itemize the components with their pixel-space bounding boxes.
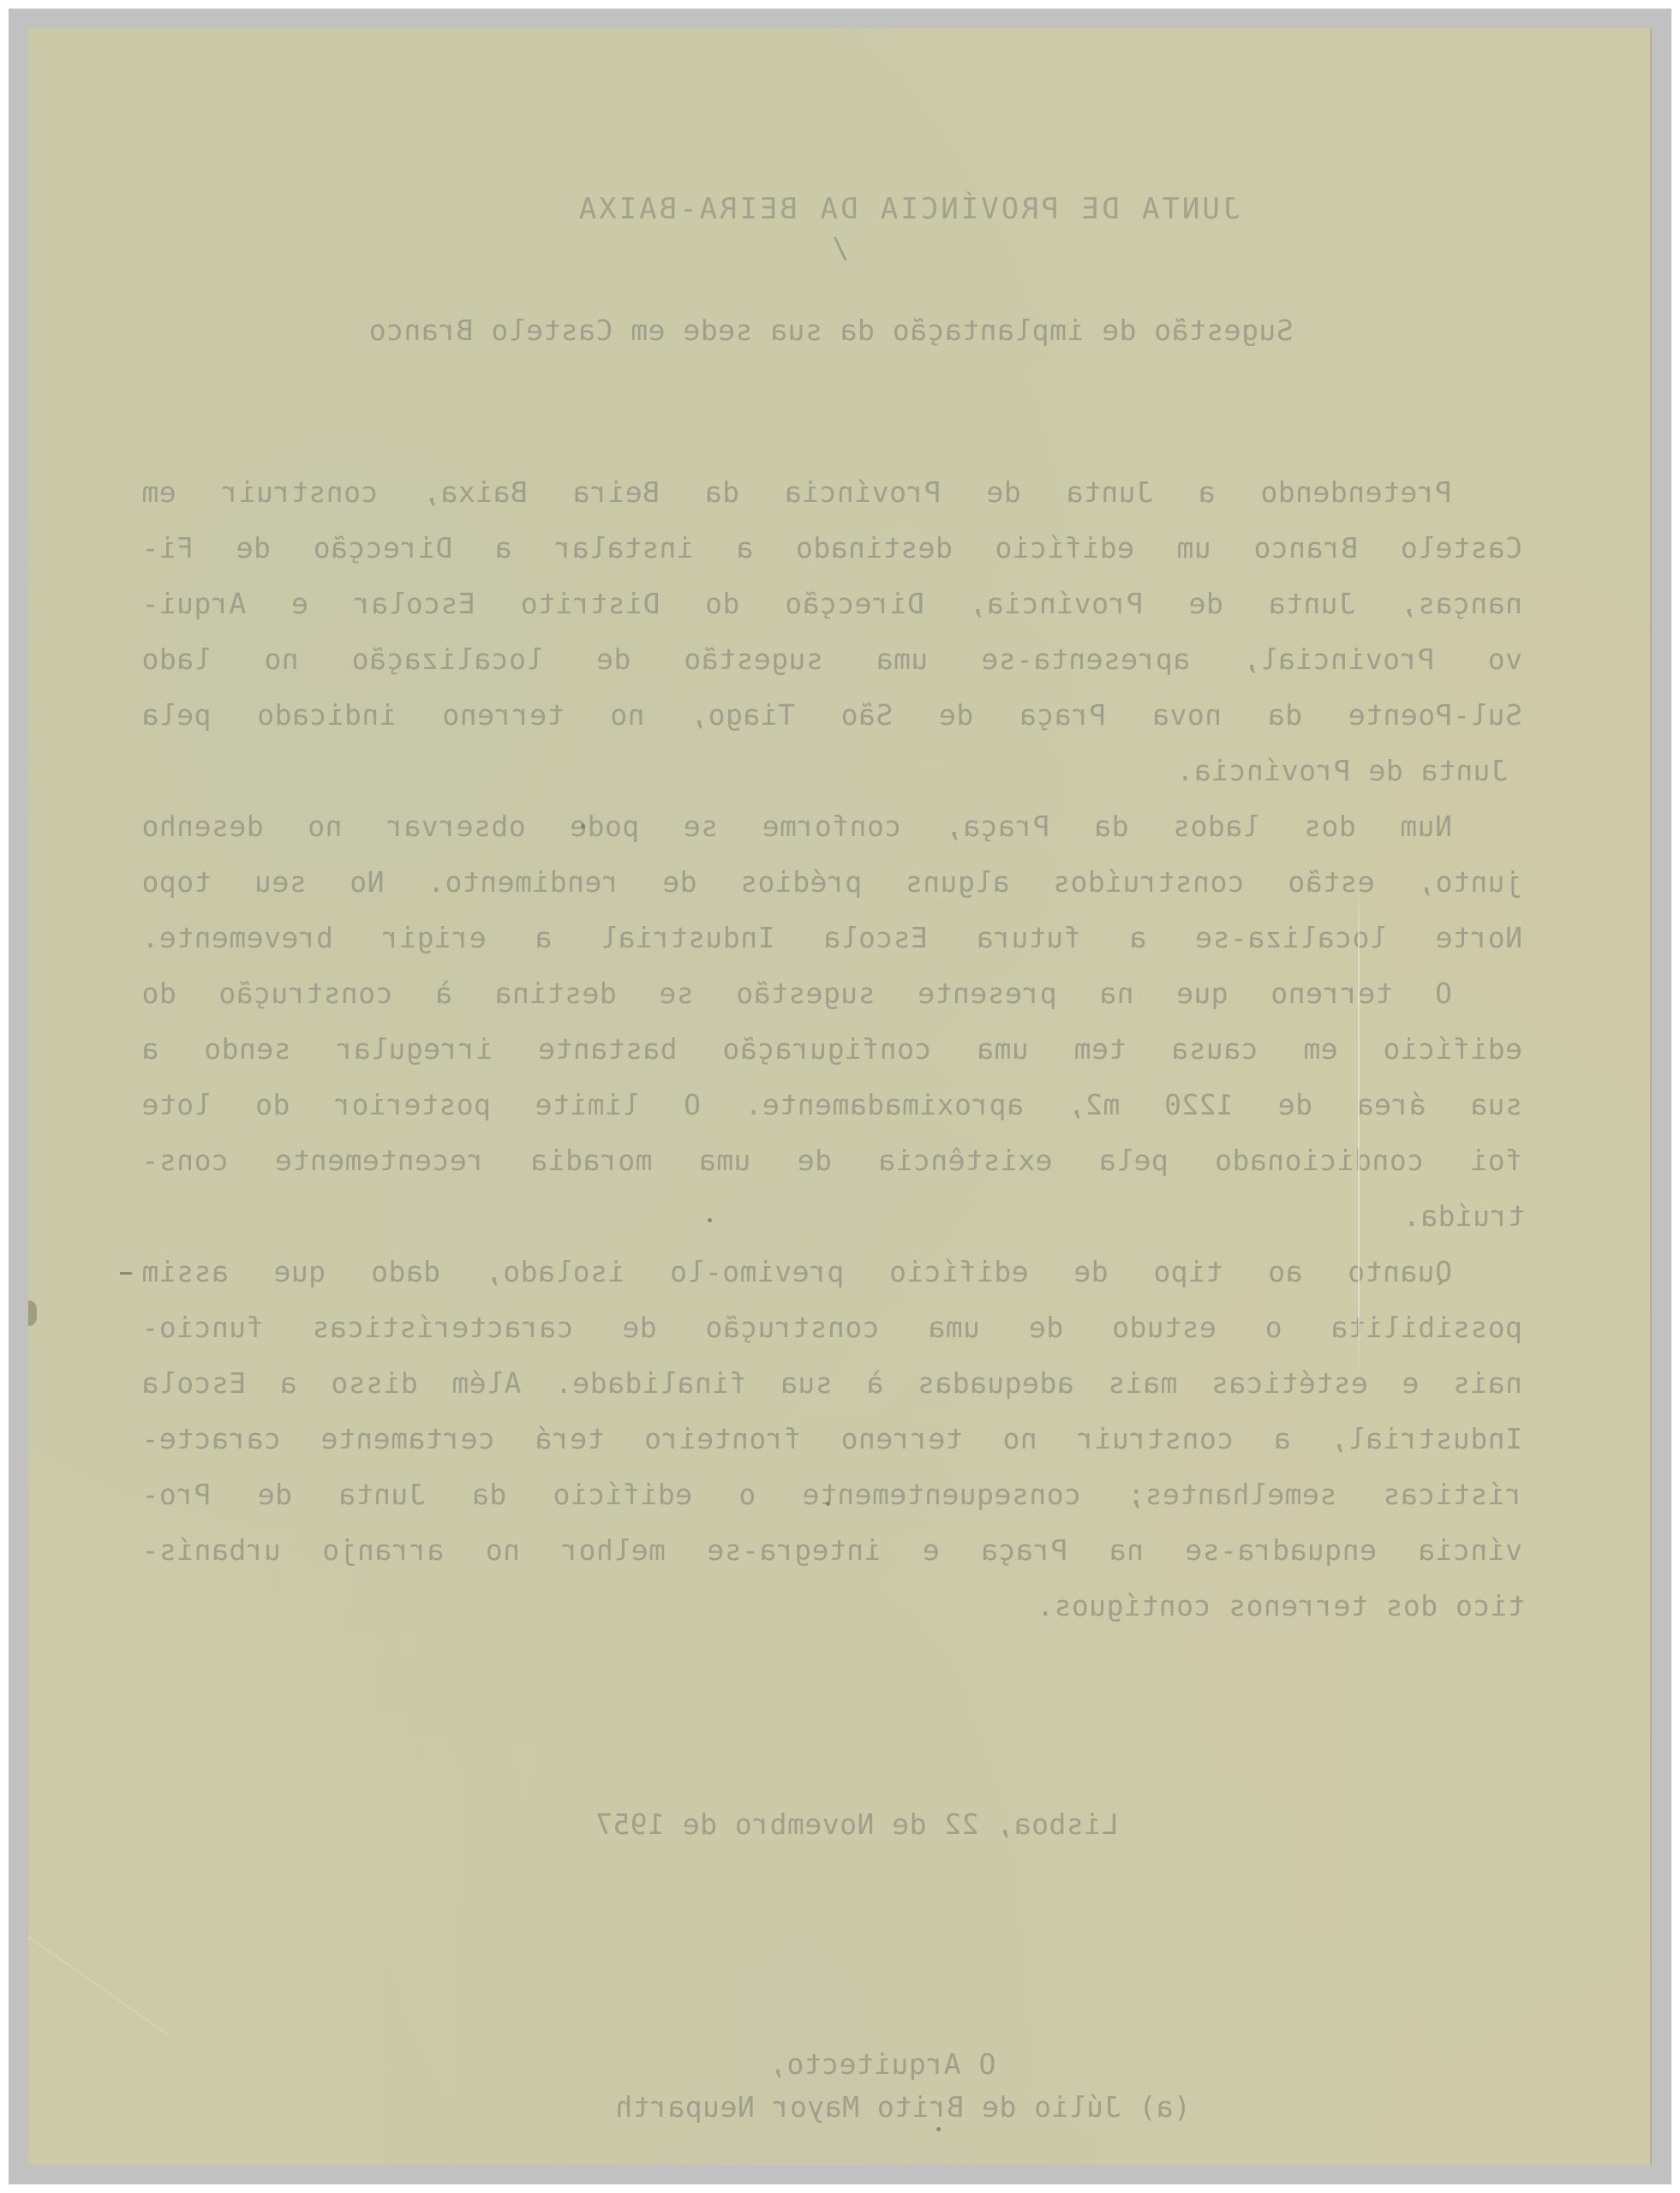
ink-speck (581, 824, 585, 828)
body-line: Pretendendo a Junta de Província da Beir… (141, 475, 1452, 510)
place-date: Lisboa, 22 de Novembro de 1957 (531, 1808, 1182, 1842)
body-line: Industrial, a construir no terreno front… (141, 1422, 1522, 1456)
body-line: Castelo Branco um edifício destinado a i… (141, 531, 1522, 565)
body-line: Junta de Província. (1045, 754, 1508, 788)
body-line: Sul-Poente da nova Praça de São Tiago, n… (141, 698, 1522, 732)
slash-mark: / (822, 231, 857, 266)
document-subject: Sugestão de implantação da sua sede em C… (274, 314, 1388, 348)
body-line: tico dos terrenos contíguos. (874, 1589, 1525, 1623)
ink-speck (708, 1218, 712, 1222)
ink-speck (826, 1502, 830, 1506)
body-line: vo Provincial, apresenta-se uma sugestão… (141, 642, 1522, 677)
document-title: JUNTA DE PROVÍNCIA DA BEIRA-BAIXA (360, 192, 1456, 226)
body-line: truída. (1405, 1199, 1525, 1234)
ink-speck (120, 1272, 132, 1275)
body-line: junto, estão construídos alguns prédios … (141, 865, 1522, 899)
body-line: nanças, Junta de Província, Direcção do … (141, 587, 1522, 621)
body-line: foi condicionado pela existência de uma … (141, 1144, 1522, 1178)
body-line: O terreno que na presente sugestão se de… (141, 977, 1452, 1011)
body-line: edifício em causa tem uma configuração b… (141, 1032, 1522, 1067)
body-line: nais e estéticas mais adequadas à sua fi… (141, 1366, 1522, 1401)
body-line: víncia enquadra-se na Praça e integra-se… (141, 1533, 1522, 1568)
body-line: Num dos lados da Praça, conforme se pode… (141, 810, 1452, 844)
body-line: possibilita o estudo de uma construção d… (141, 1311, 1522, 1345)
body-line: sua área de 1220 m2, aproximadamente. O … (141, 1088, 1522, 1122)
signature-line: (a) Júlio de Brito Mayor Neuparth (548, 2090, 1191, 2124)
signatory-role: O Arquitecto, (745, 2047, 1019, 2082)
body-line: Quanto ao tipo de edifício previmo-lo is… (141, 1255, 1452, 1289)
body-line: Norte localiza-se a futura Escola Indust… (141, 921, 1522, 955)
body-line: rísticas semelhantes; consequentemente o… (141, 1478, 1522, 1512)
ink-speck (936, 2127, 941, 2131)
paper-fold-line (1358, 882, 1360, 1379)
